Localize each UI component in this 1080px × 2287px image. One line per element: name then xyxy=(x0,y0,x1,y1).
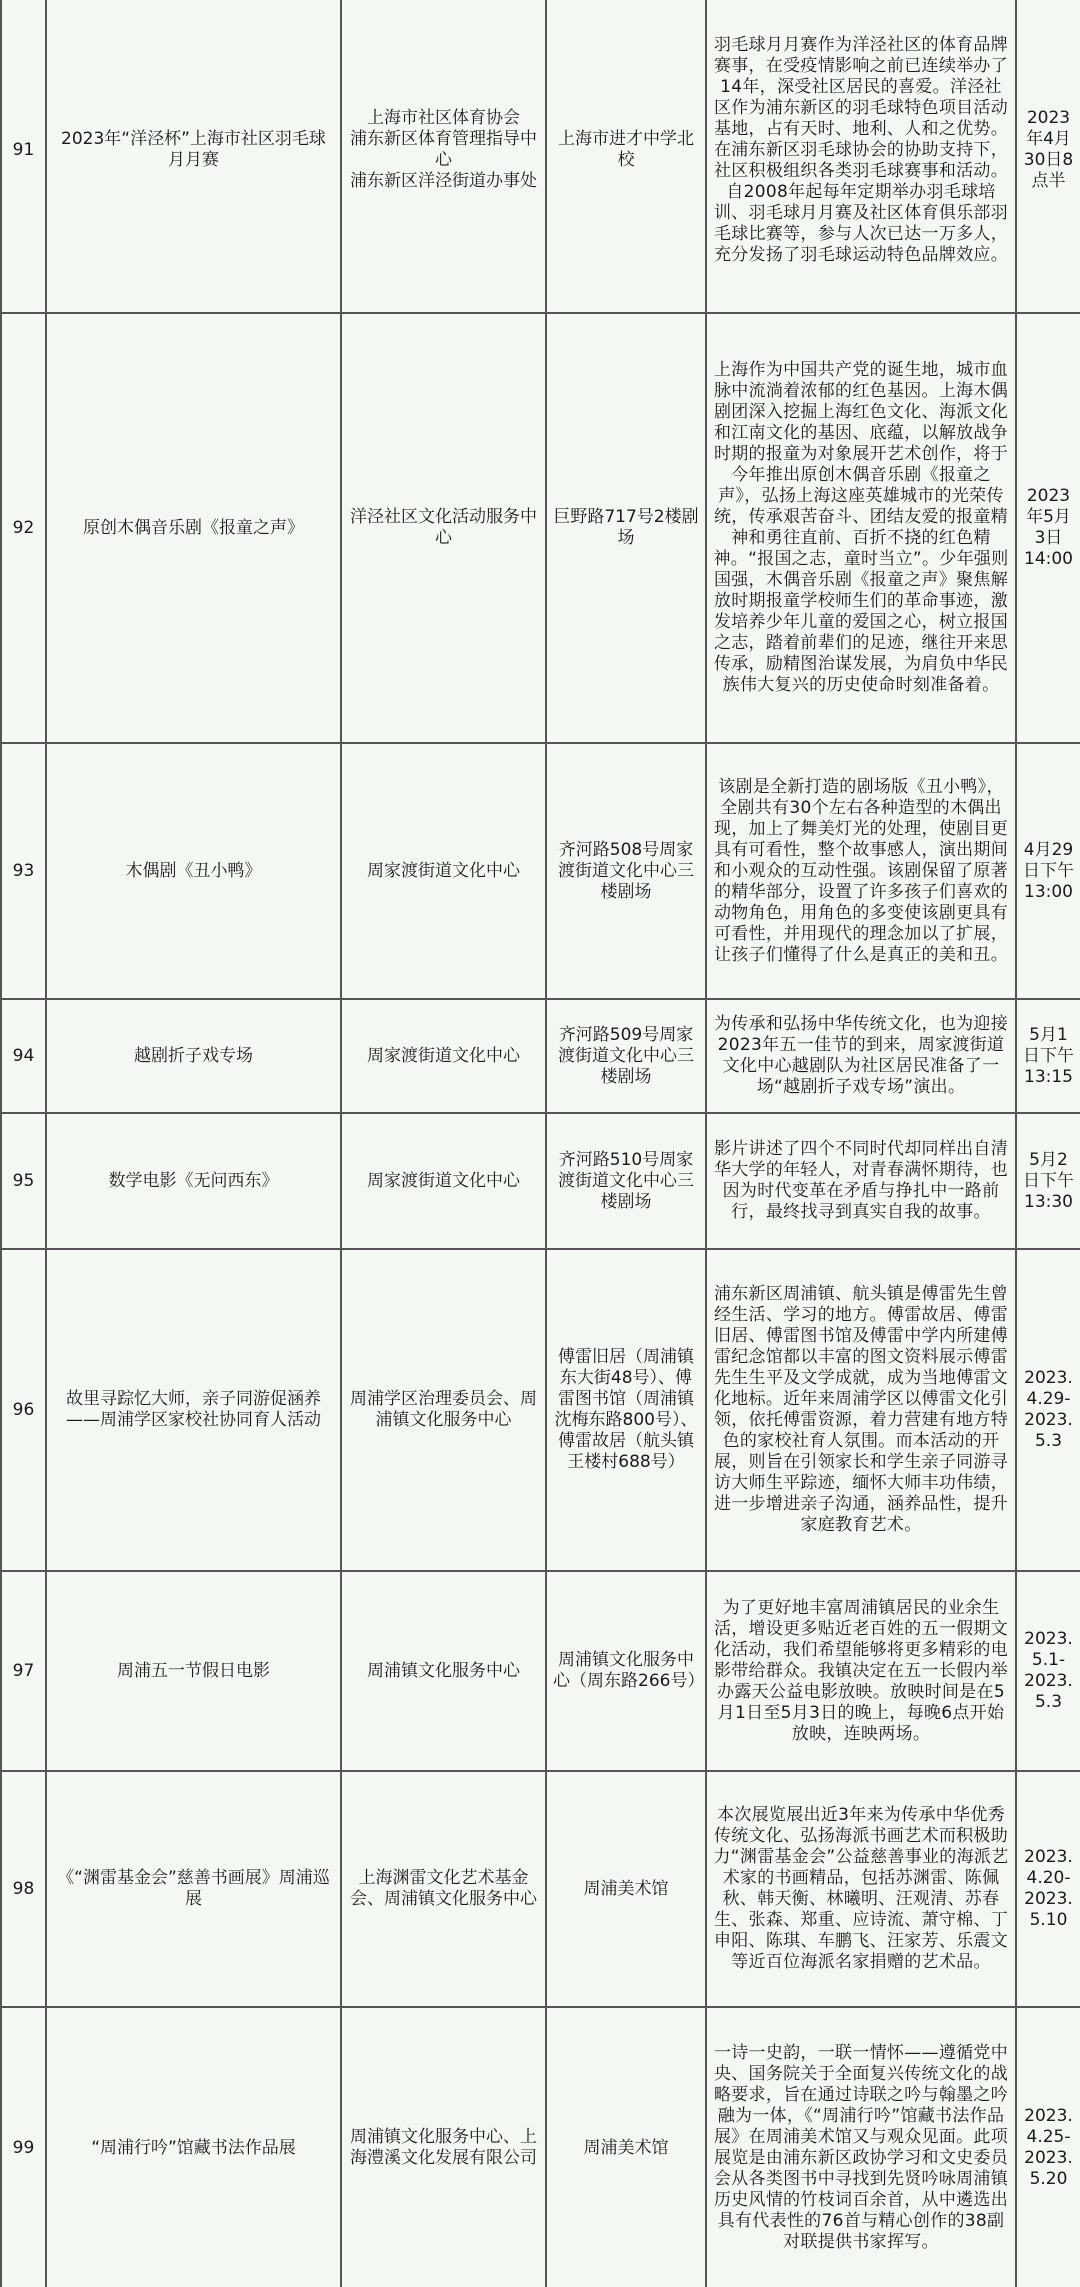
event-time: 4月29日下午13:00 xyxy=(1016,743,1080,999)
events-table: 91 2023年“洋泾杯”上海市社区羽毛球月月赛 上海市社区体育协会 浦东新区体… xyxy=(0,0,1080,2287)
organizer: 周浦学区治理委员会、周浦镇文化服务中心 xyxy=(341,1249,546,1571)
event-name: “周浦行吟”馆藏书法作品展 xyxy=(46,2007,341,2287)
table-row: 93 木偶剧《丑小鸭》 周家渡街道文化中心 齐河路508号周家渡街道文化中心三楼… xyxy=(1,743,1080,999)
table-row: 95 数学电影《无问西东》 周家渡街道文化中心 齐河路510号周家渡街道文化中心… xyxy=(1,1113,1080,1249)
event-time: 5月2日下午13:30 xyxy=(1016,1113,1080,1249)
description: 一诗一史韵，一联一情怀——遵循党中央、国务院关于全面复兴传统文化的战略要求，旨在… xyxy=(706,2007,1016,2287)
organizer: 周浦镇文化服务中心 xyxy=(341,1571,546,1771)
organizer: 周家渡街道文化中心 xyxy=(341,743,546,999)
description: 上海作为中国共产党的诞生地，城市血脉中流淌着浓郁的红色基因。上海木偶剧团深入挖掘… xyxy=(706,313,1016,743)
event-time: 2023年4月30日8点半 xyxy=(1016,0,1080,313)
table-row: 99 “周浦行吟”馆藏书法作品展 周浦镇文化服务中心、上海澧溪文化发展有限公司 … xyxy=(1,2007,1080,2287)
row-number: 93 xyxy=(1,743,46,999)
organizer: 周家渡街道文化中心 xyxy=(341,999,546,1113)
event-time: 2023年5月3日 14:00 xyxy=(1016,313,1080,743)
row-number: 95 xyxy=(1,1113,46,1249)
venue: 上海市进才中学北校 xyxy=(546,0,706,313)
table-row: 92 原创木偶音乐剧《报童之声》 洋泾社区文化活动服务中心 巨野路717号2楼剧… xyxy=(1,313,1080,743)
event-name: 原创木偶音乐剧《报童之声》 xyxy=(46,313,341,743)
organizer: 上海渊雷文化艺术基金会、周浦镇文化服务中心 xyxy=(341,1771,546,2007)
organizer: 周家渡街道文化中心 xyxy=(341,1113,546,1249)
venue: 齐河路508号周家渡街道文化中心三楼剧场 xyxy=(546,743,706,999)
table-row: 96 故里寻踪忆大师，亲子同游促涵养——周浦学区家校社协同育人活动 周浦学区治理… xyxy=(1,1249,1080,1571)
description: 该剧是全新打造的剧场版《丑小鸭》，全剧共有30个左右各种造型的木偶出现，加上了舞… xyxy=(706,743,1016,999)
description: 羽毛球月月赛作为洋泾社区的体育品牌赛事，在受疫情影响之前已连续举办了14年，深受… xyxy=(706,0,1016,313)
table-row: 91 2023年“洋泾杯”上海市社区羽毛球月月赛 上海市社区体育协会 浦东新区体… xyxy=(1,0,1080,313)
description: 本次展览展出近3年来为传承中华优秀传统文化、弘扬海派书画艺术而积极助力“渊雷基金… xyxy=(706,1771,1016,2007)
row-number: 98 xyxy=(1,1771,46,2007)
row-number: 94 xyxy=(1,999,46,1113)
venue: 傅雷旧居（周浦镇东大街48号）、傅雷图书馆（周浦镇沈梅东路800号）、傅雷故居（… xyxy=(546,1249,706,1571)
venue: 周浦镇文化服务中心（周东路266号） xyxy=(546,1571,706,1771)
venue: 周浦美术馆 xyxy=(546,2007,706,2287)
organizer: 上海市社区体育协会 浦东新区体育管理指导中心 浦东新区洋泾街道办事处 xyxy=(341,0,546,313)
event-time: 2023.4.25- 2023.5.20 xyxy=(1016,2007,1080,2287)
venue: 齐河路510号周家渡街道文化中心三楼剧场 xyxy=(546,1113,706,1249)
event-name: 越剧折子戏专场 xyxy=(46,999,341,1113)
event-name: 《“渊雷基金会”慈善书画展》周浦巡展 xyxy=(46,1771,341,2007)
event-time: 5月1日下午13:15 xyxy=(1016,999,1080,1113)
venue: 齐河路509号周家渡街道文化中心三楼剧场 xyxy=(546,999,706,1113)
description: 为传承和弘扬中华传统文化，也为迎接2023年五一佳节的到来，周家渡街道文化中心越… xyxy=(706,999,1016,1113)
row-number: 91 xyxy=(1,0,46,313)
description: 浦东新区周浦镇、航头镇是傅雷先生曾经生活、学习的地方。傅雷故居、傅雷旧居、傅雷图… xyxy=(706,1249,1016,1571)
organizer: 洋泾社区文化活动服务中心 xyxy=(341,313,546,743)
table-row: 97 周浦五一节假日电影 周浦镇文化服务中心 周浦镇文化服务中心（周东路266号… xyxy=(1,1571,1080,1771)
table-row: 94 越剧折子戏专场 周家渡街道文化中心 齐河路509号周家渡街道文化中心三楼剧… xyxy=(1,999,1080,1113)
organizer: 周浦镇文化服务中心、上海澧溪文化发展有限公司 xyxy=(341,2007,546,2287)
event-name: 木偶剧《丑小鸭》 xyxy=(46,743,341,999)
event-time: 2023.4.29- 2023.5.3 xyxy=(1016,1249,1080,1571)
event-name: 2023年“洋泾杯”上海市社区羽毛球月月赛 xyxy=(46,0,341,313)
description: 为了更好地丰富周浦镇居民的业余生活，增设更多贴近老百姓的五一假期文化活动，我们希… xyxy=(706,1571,1016,1771)
event-time: 2023.5.1- 2023.5.3 xyxy=(1016,1571,1080,1771)
row-number: 92 xyxy=(1,313,46,743)
event-name: 周浦五一节假日电影 xyxy=(46,1571,341,1771)
event-name: 数学电影《无问西东》 xyxy=(46,1113,341,1249)
description: 影片讲述了四个不同时代却同样出自清华大学的年轻人，对青春满怀期待，也因为时代变革… xyxy=(706,1113,1016,1249)
venue: 周浦美术馆 xyxy=(546,1771,706,2007)
table-row: 98 《“渊雷基金会”慈善书画展》周浦巡展 上海渊雷文化艺术基金会、周浦镇文化服… xyxy=(1,1771,1080,2007)
venue: 巨野路717号2楼剧场 xyxy=(546,313,706,743)
event-time: 2023.4.20- 2023.5.10 xyxy=(1016,1771,1080,2007)
event-name: 故里寻踪忆大师，亲子同游促涵养——周浦学区家校社协同育人活动 xyxy=(46,1249,341,1571)
row-number: 99 xyxy=(1,2007,46,2287)
row-number: 96 xyxy=(1,1249,46,1571)
row-number: 97 xyxy=(1,1571,46,1771)
